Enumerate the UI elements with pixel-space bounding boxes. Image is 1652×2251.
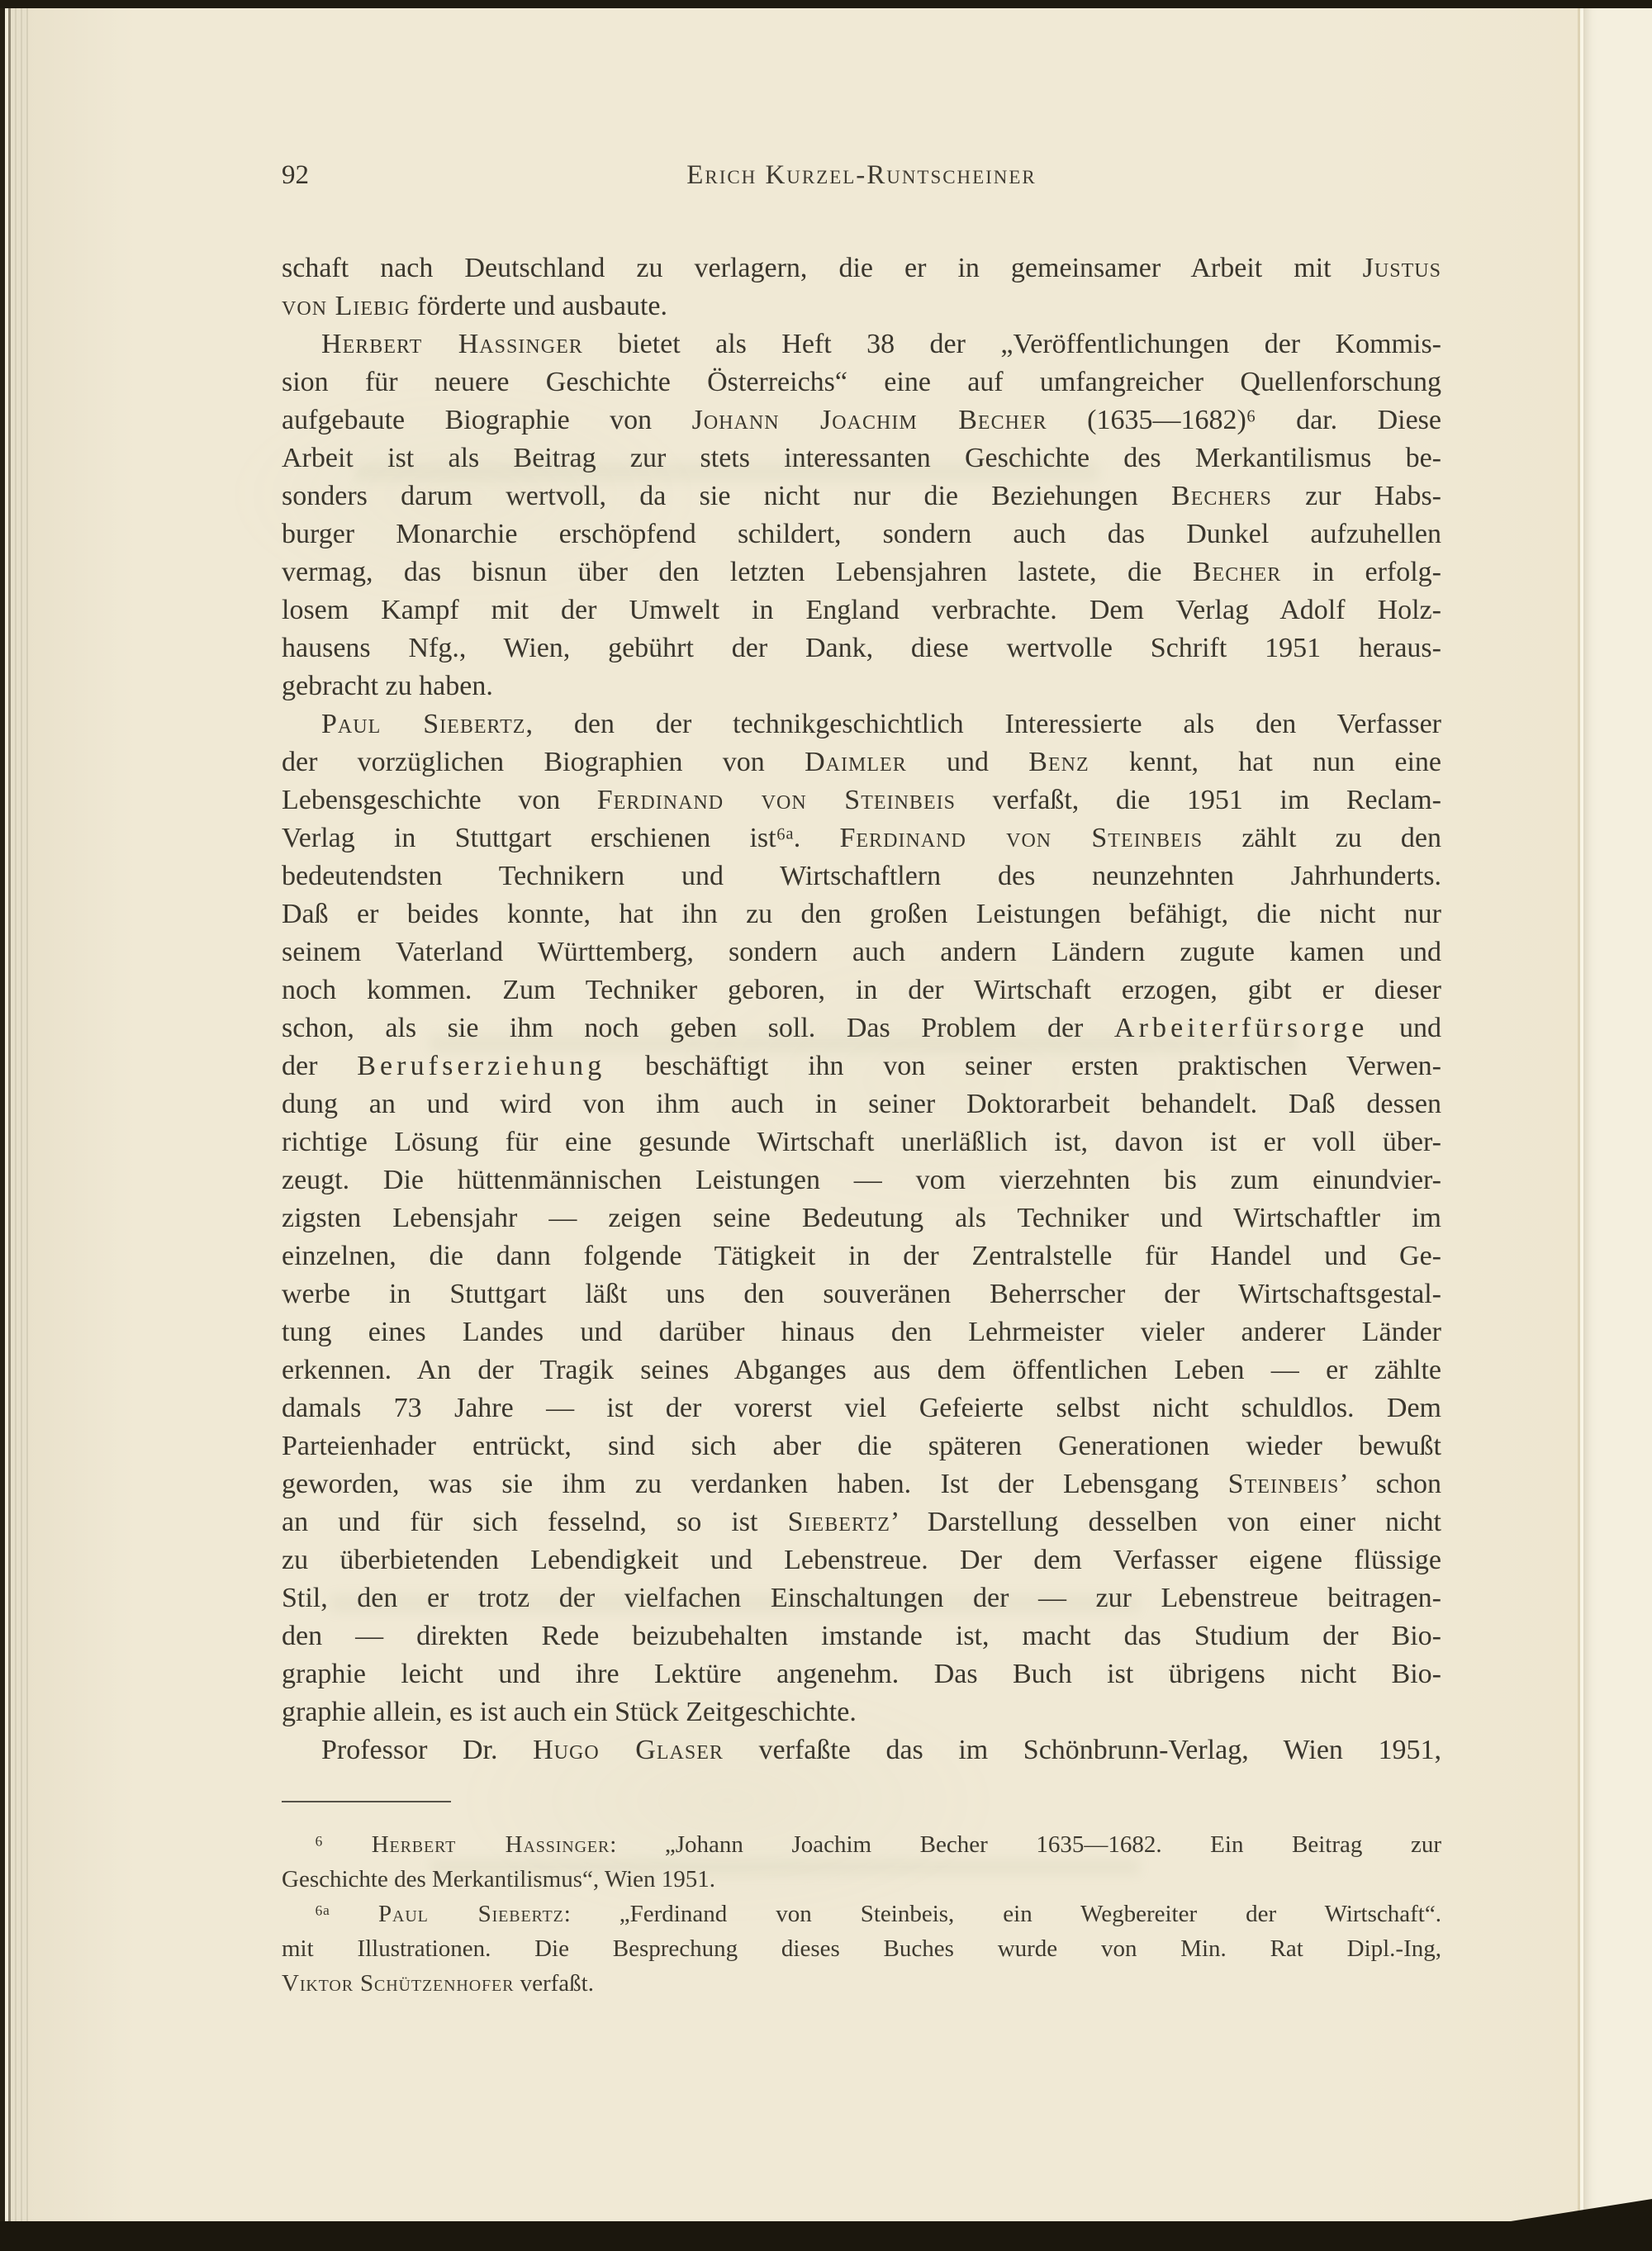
- footnote-line: Geschichte des Merkantilismus“, Wien 195…: [282, 1862, 1441, 1897]
- small-caps-name: von Liebig: [282, 291, 410, 321]
- scan-border-bottom: [0, 2221, 1652, 2251]
- body-line: zeugt. Die hüttenmännischen Leistungen —…: [282, 1161, 1441, 1199]
- body-line: von Liebig förderte und ausbaute.: [282, 287, 1441, 325]
- small-caps-name: Bechers: [1171, 481, 1272, 511]
- small-caps-name: Paul Siebertz: [321, 709, 526, 739]
- body-line: an und für sich fesselnd, so ist Siebert…: [282, 1503, 1441, 1541]
- body-line: bedeutendsten Technikern und Wirtschaftl…: [282, 857, 1441, 895]
- body-line: der vorzüglichen Biographien von Daimler…: [282, 743, 1441, 781]
- small-caps-name: Herbert Hassinger: [372, 1831, 610, 1858]
- body-line: Arbeit ist als Beitrag zur stets interes…: [282, 439, 1441, 477]
- footnote-separator: [282, 1801, 451, 1802]
- body-line: den — direkten Rede beizubehalten imstan…: [282, 1617, 1441, 1655]
- body-line: Verlag in Stuttgart erschienen ist⁶ᵃ. Fe…: [282, 819, 1441, 857]
- body-line: Lebensgeschichte von Ferdinand von Stein…: [282, 781, 1441, 819]
- small-caps-name: Steinbeis: [1228, 1469, 1340, 1499]
- small-caps-name: Becher: [1193, 557, 1281, 587]
- body-line: noch kommen. Zum Techniker geboren, in d…: [282, 971, 1441, 1009]
- page-edge-stack: [11, 0, 28, 2251]
- body-line: schaft nach Deutschland zu verlagern, di…: [282, 249, 1441, 287]
- body-line: der Berufserziehung beschäftigt ihn von …: [282, 1047, 1441, 1085]
- body-line: zu überbietenden Lebendigkeit und Lebens…: [282, 1541, 1441, 1579]
- page-header: 92 Erich Kurzel-Runtscheiner: [282, 159, 1441, 195]
- small-caps-name: Siebertz: [788, 1507, 890, 1537]
- body-line: losem Kampf mit der Umwelt in England ve…: [282, 591, 1441, 629]
- body-line: geworden, was sie ihm zu verdanken haben…: [282, 1465, 1441, 1503]
- small-caps-name: Hugo Glaser: [533, 1735, 724, 1765]
- body-line: vermag, das bisnun über den letzten Lebe…: [282, 553, 1441, 591]
- body-text: schaft nach Deutschland zu verlagern, di…: [282, 249, 1441, 1769]
- body-line: Paul Siebertz, den der technikgeschichtl…: [282, 705, 1441, 743]
- small-caps-name: Daimler: [805, 747, 907, 777]
- body-line: graphie allein, es ist auch ein Stück Ze…: [282, 1693, 1441, 1731]
- body-line: gebracht zu haben.: [282, 667, 1441, 705]
- body-line: dung an und wird von ihm auch in seiner …: [282, 1085, 1441, 1123]
- running-header: Erich Kurzel-Runtscheiner: [282, 159, 1441, 192]
- next-page-edge: [1583, 0, 1652, 2251]
- body-line: einzelnen, die dann folgende Tätigkeit i…: [282, 1237, 1441, 1275]
- footnote-line: ⁶ Herbert Hassinger: „Johann Joachim Bec…: [282, 1827, 1441, 1862]
- footnote-line: Viktor Schützenhofer verfaßt.: [282, 1966, 1441, 2001]
- body-line: Parteienhader entrückt, sind sich aber d…: [282, 1427, 1441, 1465]
- body-line: zigsten Lebensjahr — zeigen seine Bedeut…: [282, 1199, 1441, 1237]
- small-caps-name: Justus: [1363, 253, 1441, 283]
- small-caps-name: Benz: [1028, 747, 1089, 777]
- footnote-line: ⁶ᵃ Paul Siebertz: „Ferdinand von Steinbe…: [282, 1897, 1441, 1931]
- body-line: Stil, den er trotz der vielfachen Einsch…: [282, 1579, 1441, 1617]
- letterspaced-term: Berufserziehung: [357, 1051, 605, 1081]
- body-line: damals 73 Jahre — ist der vorerst viel G…: [282, 1389, 1441, 1427]
- body-line: erkennen. An der Tragik seines Abganges …: [282, 1351, 1441, 1389]
- body-line: graphie leicht und ihre Lektüre angenehm…: [282, 1655, 1441, 1693]
- page-crease-highlight: [1580, 0, 1583, 2251]
- small-caps-name: Paul Siebertz: [378, 1901, 564, 1927]
- body-line: werbe in Stuttgart läßt uns den souverän…: [282, 1275, 1441, 1313]
- small-caps-name: Ferdinand von Steinbeis: [597, 785, 956, 815]
- scan-border-top: [0, 0, 1652, 8]
- body-line: sonders darum wertvoll, da sie nicht nur…: [282, 477, 1441, 515]
- body-line: tung eines Landes und darüber hinaus den…: [282, 1313, 1441, 1351]
- body-line: seinem Vaterland Württemberg, sondern au…: [282, 933, 1441, 971]
- small-caps-name: Herbert Hassinger: [321, 329, 583, 359]
- body-line: aufgebaute Biographie von Johann Joachim…: [282, 401, 1441, 439]
- book-scan: { "page": { "number": "92", "running_hea…: [0, 0, 1652, 2251]
- small-caps-name: Viktor Schützenhofer: [282, 1970, 514, 1997]
- body-line: burger Monarchie erschöpfend schildert, …: [282, 515, 1441, 553]
- footnotes: ⁶ Herbert Hassinger: „Johann Joachim Bec…: [282, 1827, 1441, 2001]
- body-line: Daß er beides konnte, hat ihn zu den gro…: [282, 895, 1441, 933]
- body-line: hausens Nfg., Wien, gebührt der Dank, di…: [282, 629, 1441, 667]
- letterspaced-term: Arbeiterfürsorge: [1114, 1013, 1369, 1043]
- body-line: schon, als sie ihm noch geben soll. Das …: [282, 1009, 1441, 1047]
- body-line: Herbert Hassinger bietet als Heft 38 der…: [282, 325, 1441, 363]
- body-line: Professor Dr. Hugo Glaser verfaßte das i…: [282, 1731, 1441, 1769]
- body-line: richtige Lösung für eine gesunde Wirtsch…: [282, 1123, 1441, 1161]
- small-caps-name: Ferdinand von Steinbeis: [839, 823, 1203, 853]
- small-caps-name: Johann Joachim Becher: [692, 405, 1047, 435]
- body-line: sion für neuere Geschichte Österreichs“ …: [282, 363, 1441, 401]
- footnote-line: mit Illustrationen. Die Besprechung dies…: [282, 1931, 1441, 1966]
